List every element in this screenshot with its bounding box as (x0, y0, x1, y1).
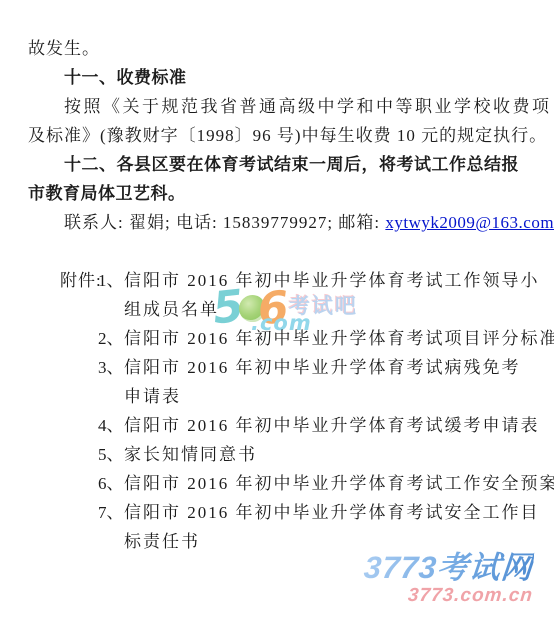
attachment-item-5: 5、 家长知情同意书 (124, 440, 554, 469)
attachment-item-1-line-2: 组成员名单 (124, 295, 554, 324)
attachment-text: 家长知情同意书 (124, 445, 257, 464)
footer-3773-logo: 3773考试网 3773.com.cn (364, 551, 533, 606)
section-11-body-line-1: 按照《关于规范我省普通高级中学和中等职业学校收费项目 (64, 92, 554, 121)
closing-line: 故发生。 (28, 34, 554, 63)
footer-3773-domain-text: 3773.com.cn (363, 586, 534, 606)
attachment-text: 信阳市 2016 年初中毕业升学体育考试工作安全预案 (124, 474, 554, 493)
attachment-text: 申请表 (124, 387, 181, 406)
attachment-number: 1、 (98, 266, 124, 295)
contact-text: 联系人: 翟娟; 电话: 15839779927; 邮箱: (64, 213, 385, 232)
attachment-item-6: 6、 信阳市 2016 年初中毕业升学体育考试工作安全预案 (124, 469, 554, 498)
attachment-number: 6、 (98, 469, 124, 498)
attachment-item-2: 2、 信阳市 2016 年初中毕业升学体育考试项目评分标准 (124, 324, 554, 353)
attachment-text: 组成员名单 (124, 300, 219, 319)
contact-line: 联系人: 翟娟; 电话: 15839779927; 邮箱: xytwyk2009… (64, 208, 554, 237)
attachment-text: 信阳市 2016 年初中毕业升学体育考试缓考申请表 (124, 416, 540, 435)
attachments-list: 附件: 1、 信阳市 2016 年初中毕业升学体育考试工作领导小 组成员名单 2… (0, 266, 554, 556)
attachment-text: 信阳市 2016 年初中毕业升学体育考试工作领导小 (124, 271, 540, 290)
footer-3773-brand-text: 3773考试网 (363, 551, 535, 585)
attachments-label: 附件: (60, 266, 102, 295)
spacer-line (0, 237, 554, 266)
attachment-item-3-line-2: 申请表 (124, 382, 554, 411)
attachment-number: 7、 (98, 498, 124, 527)
attachment-item-3-line-1: 3、 信阳市 2016 年初中毕业升学体育考试病残免考 (124, 353, 554, 382)
attachment-item-1-line-1: 附件: 1、 信阳市 2016 年初中毕业升学体育考试工作领导小 (124, 266, 554, 295)
attachment-text: 信阳市 2016 年初中毕业升学体育考试安全工作目 (124, 503, 540, 522)
document-text: 故发生。 十一、收费标准 按照《关于规范我省普通高级中学和中等职业学校收费项目 … (0, 34, 554, 556)
attachment-text: 信阳市 2016 年初中毕业升学体育考试病残免考 (124, 358, 521, 377)
attachment-number: 5、 (98, 440, 124, 469)
attachment-item-7-line-1: 7、 信阳市 2016 年初中毕业升学体育考试安全工作目 (124, 498, 554, 527)
section-12-line-1: 十二、各县区要在体育考试结束一周后，将考试工作总结报 (64, 150, 554, 179)
attachment-number: 2、 (98, 324, 124, 353)
attachment-number: 3、 (98, 353, 124, 382)
attachment-item-4: 4、 信阳市 2016 年初中毕业升学体育考试缓考申请表 (124, 411, 554, 440)
contact-email-link[interactable]: xytwyk2009@163.com (385, 213, 554, 232)
attachment-number: 4、 (98, 411, 124, 440)
section-11-body-line-2: 及标准》(豫教财字〔1998〕96 号)中每生收费 10 元的规定执行。 (28, 121, 554, 150)
attachment-text: 标责任书 (124, 532, 200, 551)
section-12-line-2: 市教育局体卫艺科。 (28, 179, 554, 208)
section-11-heading: 十一、收费标准 (64, 63, 554, 92)
attachment-text: 信阳市 2016 年初中毕业升学体育考试项目评分标准 (124, 329, 554, 348)
document-page: 5 6 考试吧 .com 故发生。 十一、收费标准 按照《关于规范我省普通高级中… (0, 0, 554, 620)
